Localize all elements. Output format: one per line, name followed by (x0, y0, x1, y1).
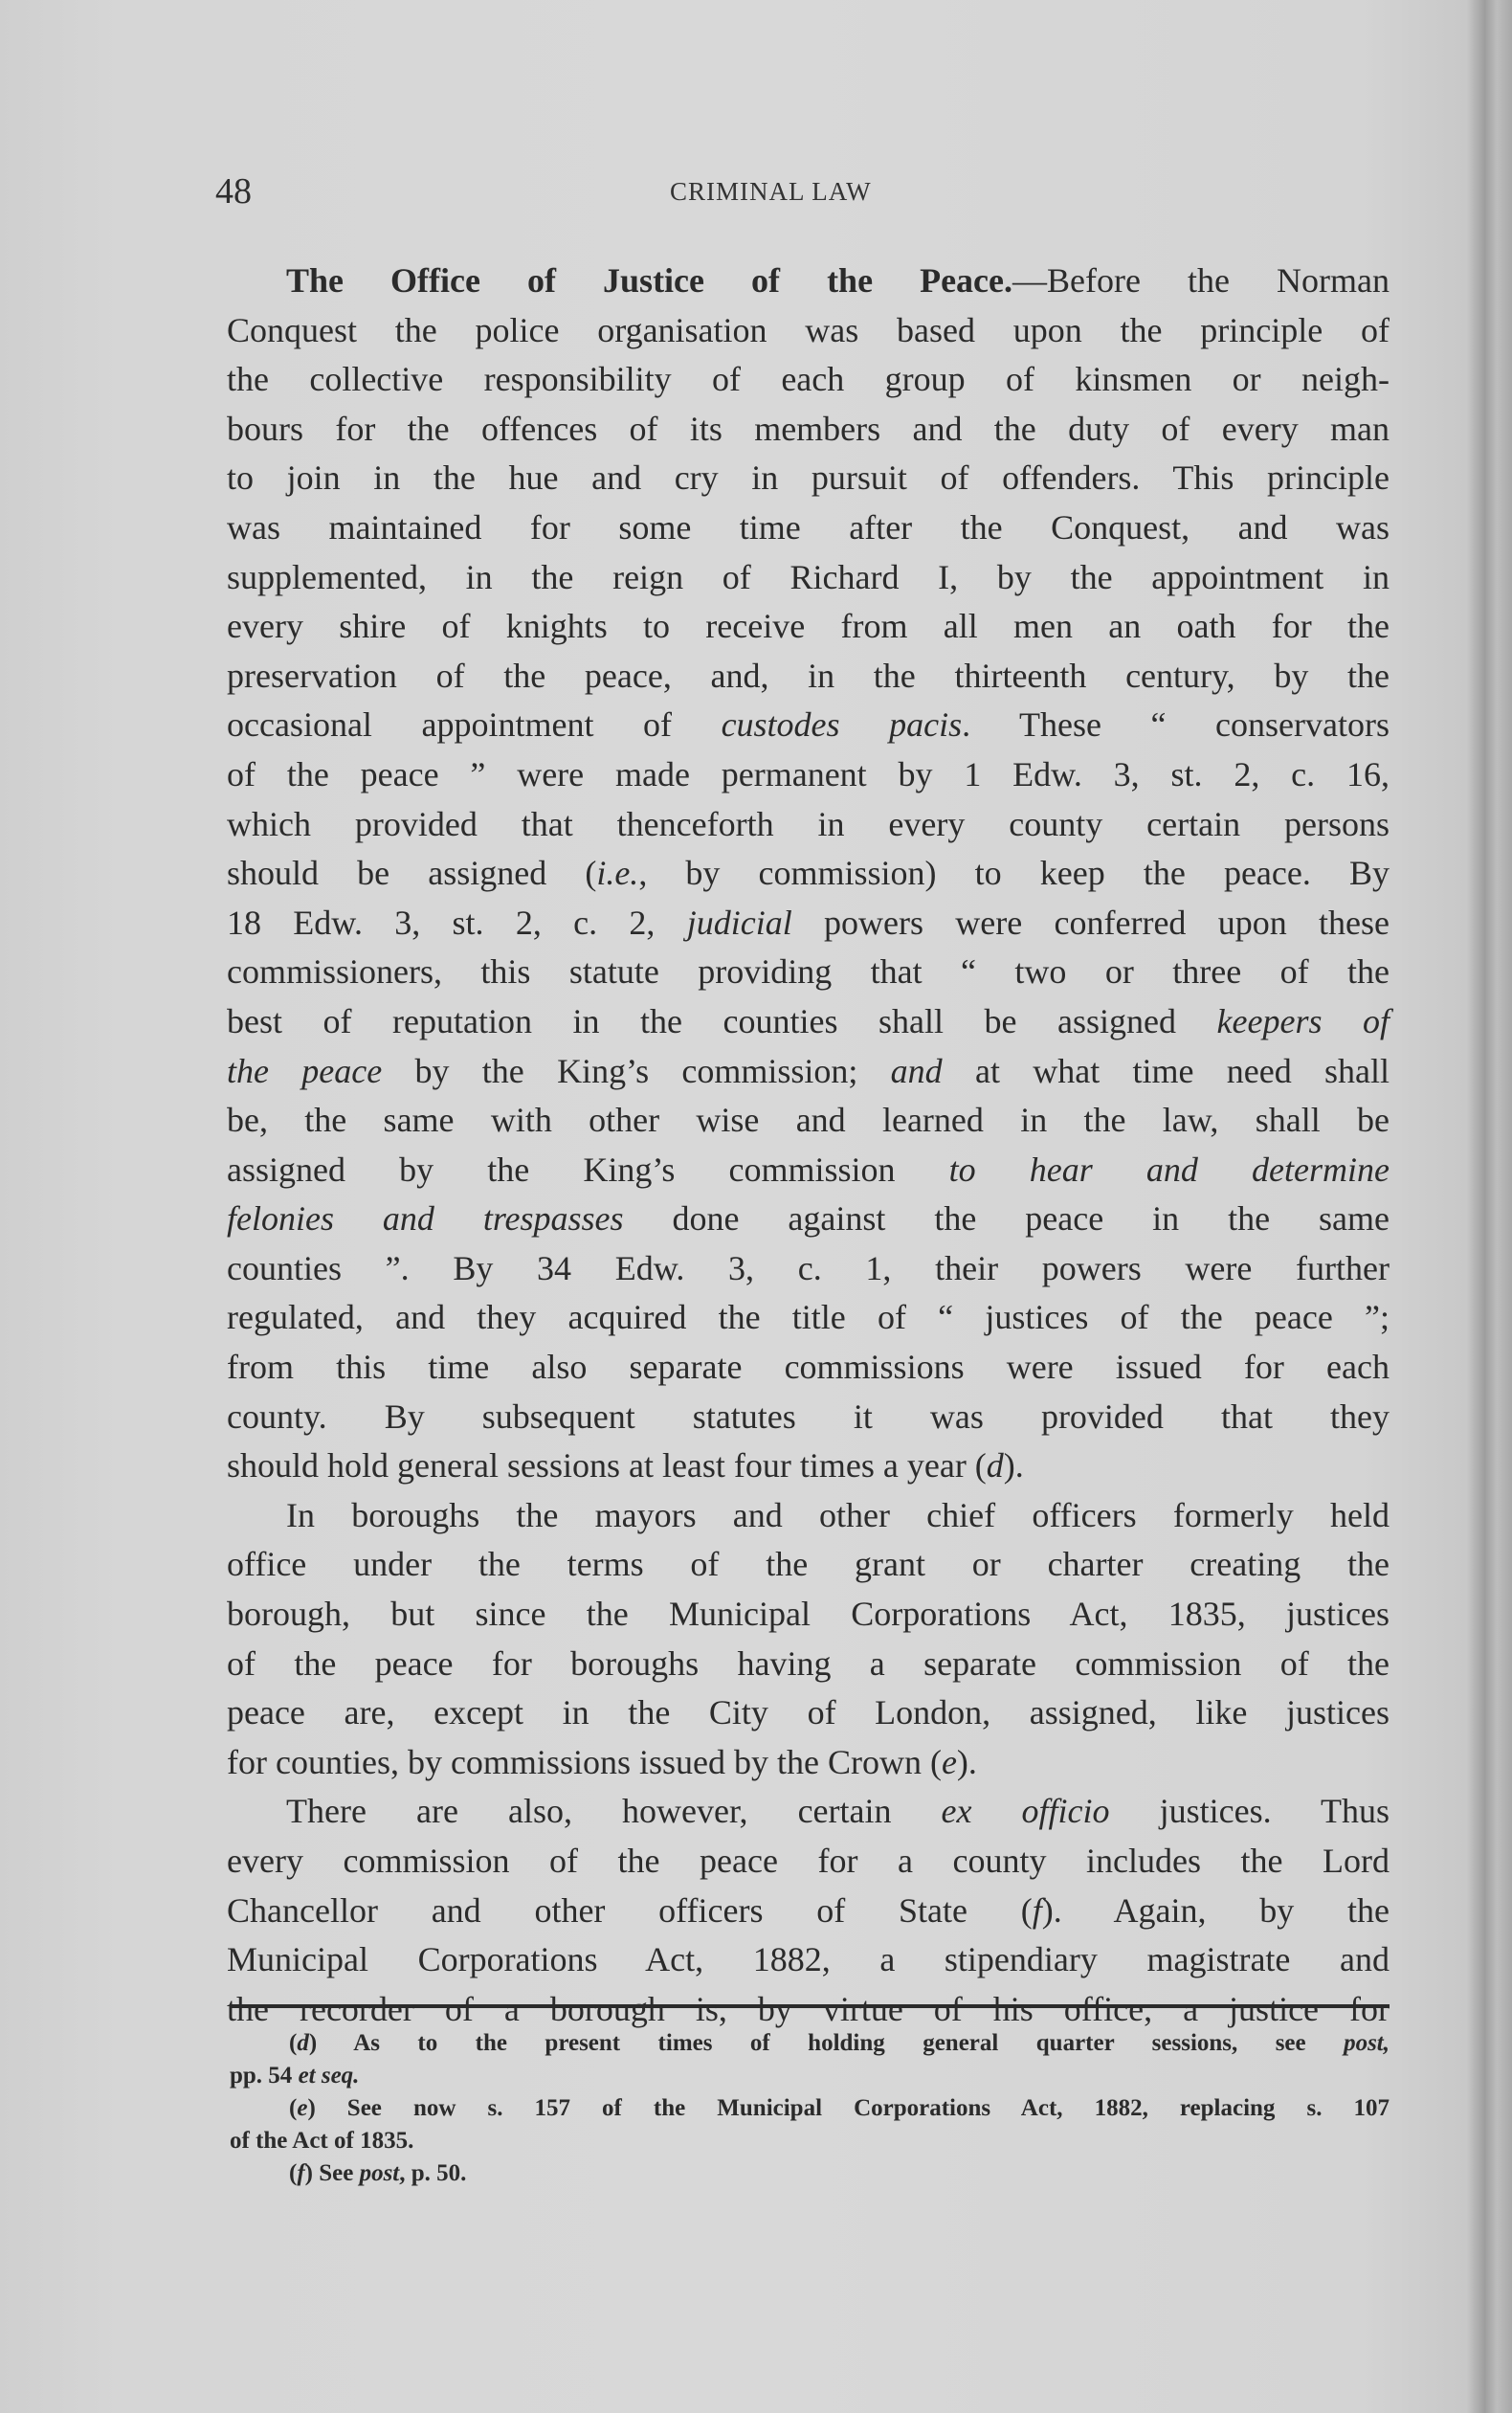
text-run: to join in the hue and cry in pursuit of… (227, 458, 1390, 497)
body-line: Chancellor and other officers of State (… (227, 1887, 1390, 1936)
body-line: every shire of knights to receive from a… (227, 602, 1390, 652)
text-run: regulated, and they acquired the title o… (227, 1298, 1390, 1336)
italic-text: post, (1344, 2030, 1390, 2056)
body-line: assigned by the King’s commission to hea… (227, 1146, 1390, 1195)
text-run: preservation of the peace, and, in the t… (227, 657, 1390, 695)
text-run: pp. 54 (230, 2063, 299, 2089)
text-run: ). (1004, 1446, 1024, 1485)
text-run: In boroughs the mayors and other chief o… (286, 1496, 1390, 1534)
text-run: ) See (305, 2160, 360, 2186)
text-run: of the Act of 1835. (230, 2128, 413, 2154)
text-run: done against the peace in the same (624, 1199, 1390, 1238)
body-line: 18 Edw. 3, st. 2, c. 2, judicial powers … (227, 899, 1390, 949)
text-run: by the King’s commission; (382, 1052, 890, 1090)
book-page: 48 CRIMINAL LAW The Office of Justice of… (0, 0, 1512, 2413)
text-run: Conquest the police organisation was bas… (227, 311, 1390, 349)
text-run: county. By subsequent statutes it was pr… (227, 1397, 1390, 1436)
body-line: from this time also separate commissions… (227, 1343, 1390, 1393)
text-run: , p. 50. (399, 2160, 466, 2186)
italic-text: keepers of (1217, 1002, 1390, 1040)
text-run: from this time also separate commissions… (227, 1348, 1390, 1386)
italic-text: felonies and trespasses (227, 1199, 624, 1238)
text-run: at what time need shall (943, 1052, 1390, 1090)
italic-text: d (987, 1446, 1004, 1485)
text-run: should be assigned ( (227, 854, 596, 892)
body-text: The Office of Justice of the Peace.—Befo… (227, 257, 1390, 2034)
body-line: borough, but since the Municipal Corpora… (227, 1590, 1390, 1640)
text-run: commissioners, this statute providing th… (227, 952, 1390, 991)
italic-text: f (1033, 1891, 1042, 1930)
text-run: , by commission) to keep the peace. By (638, 854, 1390, 892)
body-line: for counties, by commissions issued by t… (227, 1738, 1390, 1788)
body-line: Conquest the police organisation was bas… (227, 306, 1390, 356)
body-line: should hold general sessions at least fo… (227, 1441, 1390, 1491)
footnote-e: (e) See now s. 157 of the Municipal Corp… (230, 2092, 1390, 2157)
body-line: to join in the hue and cry in pursuit of… (227, 454, 1390, 503)
italic-text: post (360, 2160, 400, 2186)
body-line: commissioners, this statute providing th… (227, 948, 1390, 997)
text-run: the collective responsibility of each gr… (227, 360, 1390, 398)
text-run: ) See now s. 157 of the Municipal Corpor… (307, 2095, 1390, 2121)
text-run: Chancellor and other officers of State ( (227, 1891, 1033, 1930)
italic-text: e (942, 1743, 957, 1781)
footnotes: (d) As to the present times of holding g… (230, 2027, 1390, 2190)
body-line: Municipal Corporations Act, 1882, a stip… (227, 1935, 1390, 1985)
body-line: The Office of Justice of the Peace.—Befo… (227, 257, 1390, 306)
body-line: regulated, and they acquired the title o… (227, 1293, 1390, 1343)
footnote-d: (d) As to the present times of holding g… (230, 2027, 1390, 2092)
body-line: the collective responsibility of each gr… (227, 355, 1390, 405)
text-run: for counties, by commissions issued by t… (227, 1743, 942, 1781)
footnote-line: (d) As to the present times of holding g… (230, 2027, 1390, 2060)
body-line: which provided that thenceforth in every… (227, 800, 1390, 850)
text-run: ) As to the present times of holding gen… (309, 2030, 1344, 2056)
body-line: every commission of the peace for a coun… (227, 1837, 1390, 1887)
body-line: best of reputation in the counties shall… (227, 997, 1390, 1047)
text-run: best of reputation in the counties shall… (227, 1002, 1217, 1040)
text-run: every shire of knights to receive from a… (227, 607, 1390, 645)
text-run: borough, but since the Municipal Corpora… (227, 1595, 1390, 1633)
italic-text: the peace (227, 1052, 382, 1090)
section-heading: The Office of Justice of the Peace. (286, 261, 1012, 300)
text-run: the recorder of a borough is, by virtue … (227, 1990, 1390, 2028)
text-run: 18 Edw. 3, st. 2, c. 2, (227, 904, 687, 942)
italic-text: custodes pacis (722, 705, 963, 744)
body-line: the peace by the King’s commission; and … (227, 1047, 1390, 1097)
footnote-rule (230, 2004, 1390, 2008)
text-run: assigned by the King’s commission (227, 1151, 949, 1189)
text-run: supplemented, in the reign of Richard I,… (227, 558, 1390, 596)
body-line: office under the terms of the grant or c… (227, 1540, 1390, 1590)
italic-text: and (891, 1052, 943, 1090)
text-run: was maintained for some time after the C… (227, 508, 1390, 547)
text-run: powers were conferred upon these (792, 904, 1390, 942)
page-number: 48 (215, 170, 252, 212)
text-run: Municipal Corporations Act, 1882, a stip… (227, 1940, 1390, 1978)
italic-text: f (297, 2160, 304, 2186)
body-line: of the peace ” were made permanent by 1 … (227, 750, 1390, 800)
text-run: should hold general sessions at least fo… (227, 1446, 987, 1485)
body-line: There are also, however, certain ex offi… (227, 1787, 1390, 1837)
text-run: counties ”. By 34 Edw. 3, c. 1, their po… (227, 1249, 1390, 1287)
text-run: justices. Thus (1110, 1792, 1390, 1830)
italic-text: et seq. (299, 2063, 360, 2089)
italic-text: ex officio (942, 1792, 1110, 1830)
body-line: should be assigned (i.e., by commission)… (227, 849, 1390, 899)
text-run: —Before the Norman (1012, 261, 1390, 300)
paragraph: There are also, however, certain ex offi… (227, 1787, 1390, 2034)
body-line: occasional appointment of custodes pacis… (227, 701, 1390, 750)
body-line: supplemented, in the reign of Richard I,… (227, 553, 1390, 603)
italic-text: to hear and determine (949, 1151, 1390, 1189)
italic-text: judicial (687, 904, 792, 942)
body-line: was maintained for some time after the C… (227, 503, 1390, 553)
text-run: every commission of the peace for a coun… (227, 1842, 1390, 1880)
running-title: CRIMINAL LAW (670, 177, 872, 207)
text-run: ). (957, 1743, 977, 1781)
text-run: of the peace ” were made permanent by 1 … (227, 755, 1390, 793)
footnote-line: (e) See now s. 157 of the Municipal Corp… (230, 2092, 1390, 2125)
text-run: peace are, except in the City of London,… (227, 1693, 1390, 1732)
body-line: county. By subsequent statutes it was pr… (227, 1393, 1390, 1442)
paragraph: In boroughs the mayors and other chief o… (227, 1491, 1390, 1788)
text-run: of the peace for boroughs having a separ… (227, 1644, 1390, 1683)
italic-text: i.e. (596, 854, 638, 892)
body-line: be, the same with other wise and learned… (227, 1096, 1390, 1146)
text-run: ). Again, by the (1042, 1891, 1390, 1930)
body-line: counties ”. By 34 Edw. 3, c. 1, their po… (227, 1244, 1390, 1294)
text-run: which provided that thenceforth in every… (227, 805, 1390, 843)
text-run: be, the same with other wise and learned… (227, 1101, 1390, 1139)
footnote-line: pp. 54 et seq. (230, 2060, 1390, 2092)
footnote-line: (f) See post, p. 50. (230, 2157, 1390, 2190)
body-line: preservation of the peace, and, in the t… (227, 652, 1390, 702)
text-run: office under the terms of the grant or c… (227, 1545, 1390, 1583)
body-line: In boroughs the mayors and other chief o… (227, 1491, 1390, 1541)
text-run: . These “ conservators (962, 705, 1390, 744)
text-run: bours for the offences of its members an… (227, 410, 1390, 448)
italic-text: e (297, 2095, 307, 2121)
paragraph: The Office of Justice of the Peace.—Befo… (227, 257, 1390, 1491)
italic-text: d (297, 2030, 309, 2056)
body-line: peace are, except in the City of London,… (227, 1688, 1390, 1738)
footnote-f: (f) See post, p. 50. (230, 2157, 1390, 2190)
body-line: bours for the offences of its members an… (227, 405, 1390, 455)
text-run: There are also, however, certain (286, 1792, 942, 1830)
text-run: occasional appointment of (227, 705, 722, 744)
body-line: of the peace for boroughs having a separ… (227, 1640, 1390, 1689)
body-line: felonies and trespasses done against the… (227, 1195, 1390, 1244)
footnote-line: of the Act of 1835. (230, 2125, 1390, 2157)
